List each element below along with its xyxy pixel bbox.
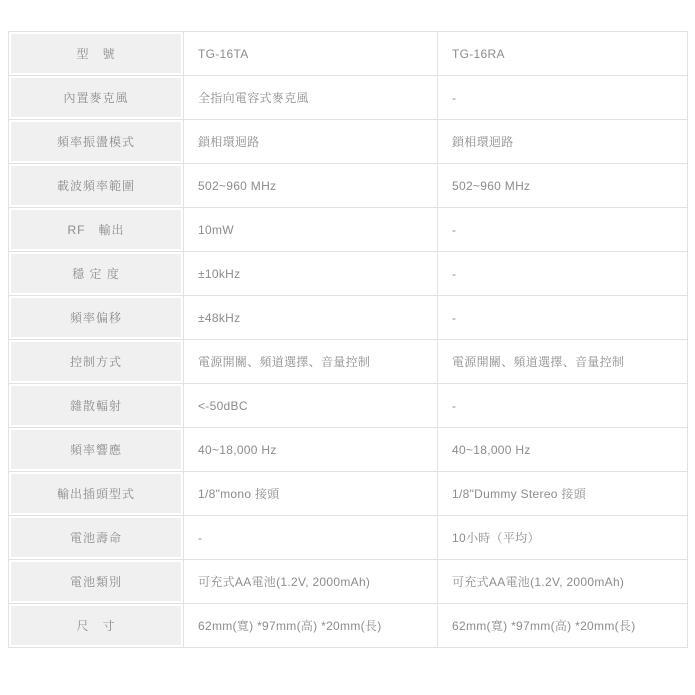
table-row: 頻率響應 40~18,000 Hz 40~18,000 Hz bbox=[9, 428, 688, 472]
spec-value-cell: ±10kHz bbox=[184, 252, 438, 296]
spec-label-cell: RF 輸出 bbox=[9, 208, 184, 252]
table-row: 雜散輻射 <-50dBC - bbox=[9, 384, 688, 428]
spec-value-cell: 1/8"mono 接頭 bbox=[184, 472, 438, 516]
table-row: 載波頻率範圍 502~960 MHz 502~960 MHz bbox=[9, 164, 688, 208]
spec-value-cell: 40~18,000 Hz bbox=[438, 428, 688, 472]
spec-value-cell: 鎖相環迴路 bbox=[184, 120, 438, 164]
spec-value-cell: TG-16TA bbox=[184, 32, 438, 76]
spec-value-cell: 502~960 MHz bbox=[184, 164, 438, 208]
spec-value-cell: 10小時（平均） bbox=[438, 516, 688, 560]
spec-value-cell: 40~18,000 Hz bbox=[184, 428, 438, 472]
spec-label-cell: 輸出插頭型式 bbox=[9, 472, 184, 516]
spec-label-cell: 頻率響應 bbox=[9, 428, 184, 472]
table-row: RF 輸出 10mW - bbox=[9, 208, 688, 252]
table-row: 輸出插頭型式 1/8"mono 接頭 1/8"Dummy Stereo 接頭 bbox=[9, 472, 688, 516]
table-row: 尺 寸 62mm(寬) *97mm(高) *20mm(長) 62mm(寬) *9… bbox=[9, 604, 688, 648]
spec-value-cell: 1/8"Dummy Stereo 接頭 bbox=[438, 472, 688, 516]
spec-value-cell: - bbox=[184, 516, 438, 560]
spec-label-cell: 控制方式 bbox=[9, 340, 184, 384]
spec-value-cell: 502~960 MHz bbox=[438, 164, 688, 208]
spec-label-cell: 電池壽命 bbox=[9, 516, 184, 560]
spec-label-cell: 雜散輻射 bbox=[9, 384, 184, 428]
table-row: 頻率振盪模式 鎖相環迴路 鎖相環迴路 bbox=[9, 120, 688, 164]
spec-value-cell: 可充式AA電池(1.2V, 2000mAh) bbox=[438, 560, 688, 604]
spec-value-cell: - bbox=[438, 208, 688, 252]
spec-table: 型 號 TG-16TA TG-16RA 內置麥克風 全指向電容式麥克風 - 頻率… bbox=[8, 31, 688, 648]
spec-value-cell: <-50dBC bbox=[184, 384, 438, 428]
spec-value-cell: - bbox=[438, 76, 688, 120]
spec-label-cell: 載波頻率範圍 bbox=[9, 164, 184, 208]
spec-label-cell: 型 號 bbox=[9, 32, 184, 76]
spec-label-cell: 內置麥克風 bbox=[9, 76, 184, 120]
table-row: 電池壽命 - 10小時（平均） bbox=[9, 516, 688, 560]
table-row: 頻率偏移 ±48kHz - bbox=[9, 296, 688, 340]
spec-value-cell: 電源開關、頻道選擇、音量控制 bbox=[438, 340, 688, 384]
spec-value-cell: 鎖相環迴路 bbox=[438, 120, 688, 164]
table-row: 電池類別 可充式AA電池(1.2V, 2000mAh) 可充式AA電池(1.2V… bbox=[9, 560, 688, 604]
spec-value-cell: TG-16RA bbox=[438, 32, 688, 76]
spec-label-cell: 電池類別 bbox=[9, 560, 184, 604]
spec-value-cell: ±48kHz bbox=[184, 296, 438, 340]
spec-value-cell: 10mW bbox=[184, 208, 438, 252]
spec-label-cell: 穩 定 度 bbox=[9, 252, 184, 296]
spec-label-cell: 頻率振盪模式 bbox=[9, 120, 184, 164]
spec-value-cell: 電源開關、頻道選擇、音量控制 bbox=[184, 340, 438, 384]
table-row: 內置麥克風 全指向電容式麥克風 - bbox=[9, 76, 688, 120]
spec-value-cell: - bbox=[438, 384, 688, 428]
spec-value-cell: 可充式AA電池(1.2V, 2000mAh) bbox=[184, 560, 438, 604]
spec-value-cell: 62mm(寬) *97mm(高) *20mm(長) bbox=[184, 604, 438, 648]
table-row: 型 號 TG-16TA TG-16RA bbox=[9, 32, 688, 76]
spec-value-cell: - bbox=[438, 252, 688, 296]
table-row: 穩 定 度 ±10kHz - bbox=[9, 252, 688, 296]
spec-label-cell: 頻率偏移 bbox=[9, 296, 184, 340]
spec-value-cell: - bbox=[438, 296, 688, 340]
spec-value-cell: 全指向電容式麥克風 bbox=[184, 76, 438, 120]
spec-label-cell: 尺 寸 bbox=[9, 604, 184, 648]
page: 型 號 TG-16TA TG-16RA 內置麥克風 全指向電容式麥克風 - 頻率… bbox=[0, 0, 695, 695]
table-row: 控制方式 電源開關、頻道選擇、音量控制 電源開關、頻道選擇、音量控制 bbox=[9, 340, 688, 384]
spec-value-cell: 62mm(寬) *97mm(高) *20mm(長) bbox=[438, 604, 688, 648]
